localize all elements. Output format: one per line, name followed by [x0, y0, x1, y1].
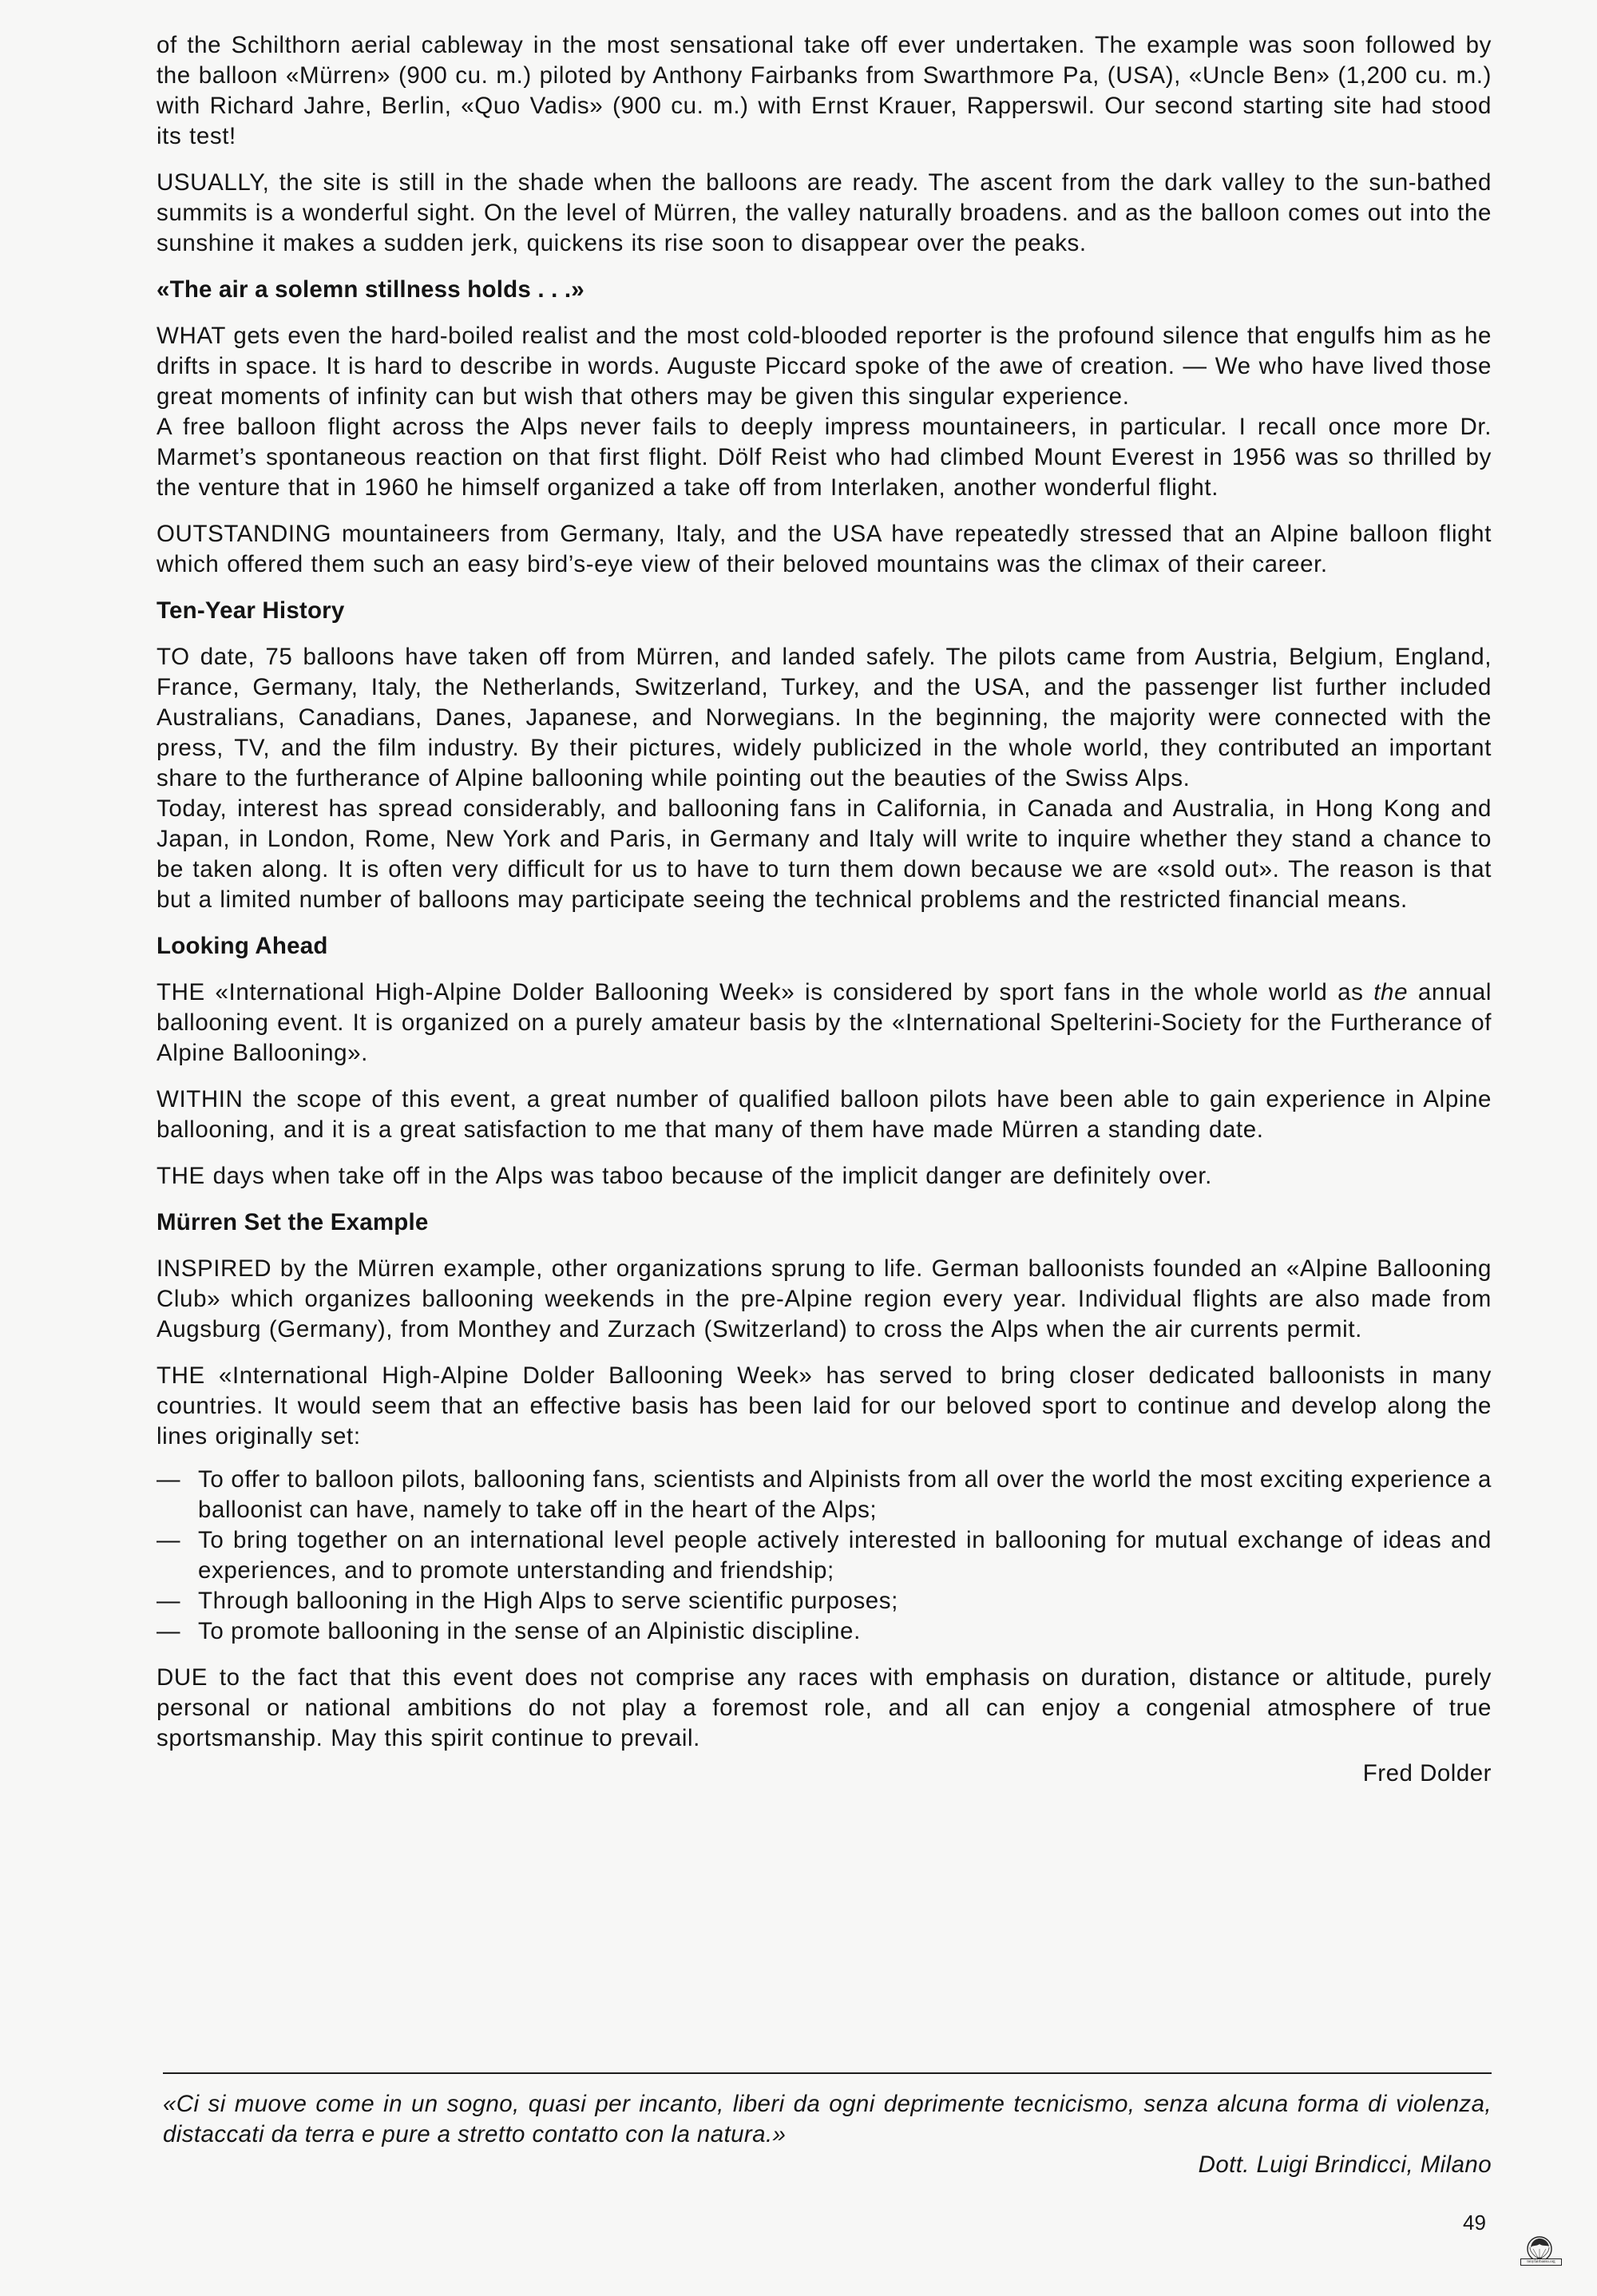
- text-segment: THE «International High-Alpine Dolder Ba…: [157, 979, 1373, 1005]
- author-signature: Fred Dolder: [157, 1759, 1492, 1789]
- paragraph-today: Today, interest has spread considerably,…: [157, 794, 1492, 915]
- list-item: —To promote ballooning in the sense of a…: [157, 1616, 1492, 1647]
- quote-attribution: Dott. Luigi Brindicci, Milano: [1199, 2150, 1492, 2180]
- list-item-text: To offer to balloon pilots, ballooning f…: [198, 1466, 1492, 1523]
- list-item-text: To promote ballooning in the sense of an…: [198, 1618, 861, 1644]
- watermark-logo[interactable]: tonyfairbanks.org: [1524, 2236, 1555, 2268]
- list-item: —To offer to balloon pilots, ballooning …: [157, 1465, 1492, 1525]
- list-item: —Through ballooning in the High Alps to …: [157, 1586, 1492, 1616]
- paragraph-served-closer: THE «International High-Alpine Dolder Ba…: [157, 1361, 1492, 1452]
- em-dash-bullet: —: [157, 1616, 180, 1647]
- article-body: of the Schilthorn aerial cableway in the…: [157, 30, 1492, 1789]
- paragraph-to-date: TO date, 75 balloons have taken off from…: [157, 642, 1492, 794]
- paragraph-inspired: INSPIRED by the Mürren example, other or…: [157, 1254, 1492, 1345]
- paragraph-free-balloon-flight: A free balloon flight across the Alps ne…: [157, 412, 1492, 503]
- horizontal-rule: [163, 2072, 1492, 2074]
- paragraph-what-gets: WHAT gets even the hard-boiled realist a…: [157, 321, 1492, 412]
- paragraph-due-to: DUE to the fact that this event does not…: [157, 1663, 1492, 1754]
- em-dash-bullet: —: [157, 1586, 180, 1616]
- paragraph-days-taboo: THE days when take off in the Alps was t…: [157, 1161, 1492, 1192]
- paragraph-within-scope: WITHIN the scope of this event, a great …: [157, 1085, 1492, 1145]
- paragraph-usually: USUALLY, the site is still in the shade …: [157, 168, 1492, 259]
- list-item: —To bring together on an international l…: [157, 1525, 1492, 1586]
- section-heading-ten-year-history: Ten-Year History: [157, 596, 1492, 626]
- section-heading-murren-example: Mürren Set the Example: [157, 1207, 1492, 1238]
- section-heading-solemn-stillness: «The air a solemn stillness holds . . .»: [157, 275, 1492, 305]
- section-heading-looking-ahead: Looking Ahead: [157, 931, 1492, 962]
- goals-list: —To offer to balloon pilots, ballooning …: [157, 1465, 1492, 1647]
- paragraph-outstanding: OUTSTANDING mountaineers from Germany, I…: [157, 519, 1492, 580]
- em-dash-bullet: —: [157, 1465, 180, 1495]
- italian-quote: «Ci si muove come in un sogno, quasi per…: [163, 2089, 1492, 2150]
- logo-caption: tonyfairbanks.org: [1520, 2258, 1562, 2266]
- list-item-text: To bring together on an international le…: [198, 1527, 1492, 1584]
- page-number: 49: [1463, 2211, 1486, 2235]
- list-item-text: Through ballooning in the High Alps to s…: [198, 1588, 898, 1614]
- emphasis-the: the: [1373, 979, 1408, 1005]
- paragraph-schilthorn-takeoff: of the Schilthorn aerial cableway in the…: [157, 30, 1492, 152]
- em-dash-bullet: —: [157, 1525, 180, 1556]
- paragraph-international-week: THE «International High-Alpine Dolder Ba…: [157, 977, 1492, 1069]
